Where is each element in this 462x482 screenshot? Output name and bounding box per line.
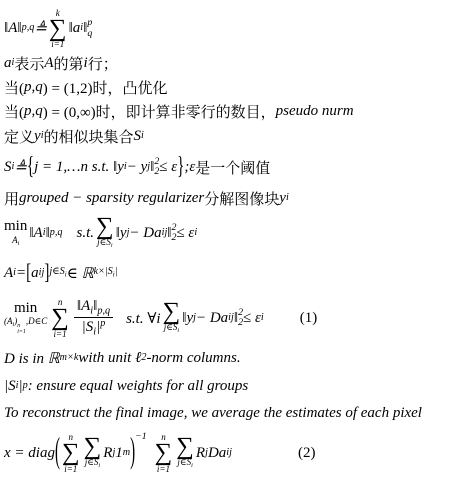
- line-similar-block-set: 定义yi的相似块集合Si: [4, 123, 460, 149]
- line-reconstruction-note: To reconstruct the final image, we avera…: [4, 401, 460, 425]
- eq-similar-set-definition: Si ≜ {j = 1,…n s.t. ‖yi − yj‖22 ≤ ε};ε是一…: [4, 149, 460, 185]
- line-row-notation: ai表示A的第i行；: [4, 51, 460, 75]
- line-weights-note: |Si|p : ensure equal weights for all gro…: [4, 371, 460, 401]
- line-grouped-sparsity: 用grouped − sparsity regularizer分解图像块yi: [4, 185, 460, 211]
- line-convex-case: 当(p,q) = (1,2)时，凸优化: [4, 75, 460, 99]
- line-pseudo-norm-case: 当(p,q) = (0,∞)时，即计算非零行的数目，pseudo nurm: [4, 99, 460, 123]
- eq-single-group-min: minAi ‖Ai‖p,qs.t. ∑j∈Si‖yj − Daij‖22 ≤ ε…: [4, 211, 460, 255]
- eq-coefficient-matrix: Ai = [aij]j∈Si ∈ ℝk×|Si|: [4, 255, 460, 291]
- eq-pixel-average: x = diag(n∑i=1∑j∈Si Rj1m)−1n∑i=1∑j∈Si Rj…: [4, 425, 460, 481]
- line-dictionary-note: D is in ℝm×k with unit ℓ2 -norm columns.: [4, 345, 460, 371]
- eq-mixed-norm-definition: ‖A‖p,q ≜ k∑i=1‖ai‖pq: [4, 6, 460, 51]
- eq-joint-minimization: min(Ai)ni=1,D∈Cn∑i=1‖Ai‖p,q|Si|ps.t. ∀i …: [4, 291, 460, 345]
- math-notes-document: ‖A‖p,q ≜ k∑i=1‖ai‖pq ai表示A的第i行； 当(p,q) =…: [0, 0, 462, 482]
